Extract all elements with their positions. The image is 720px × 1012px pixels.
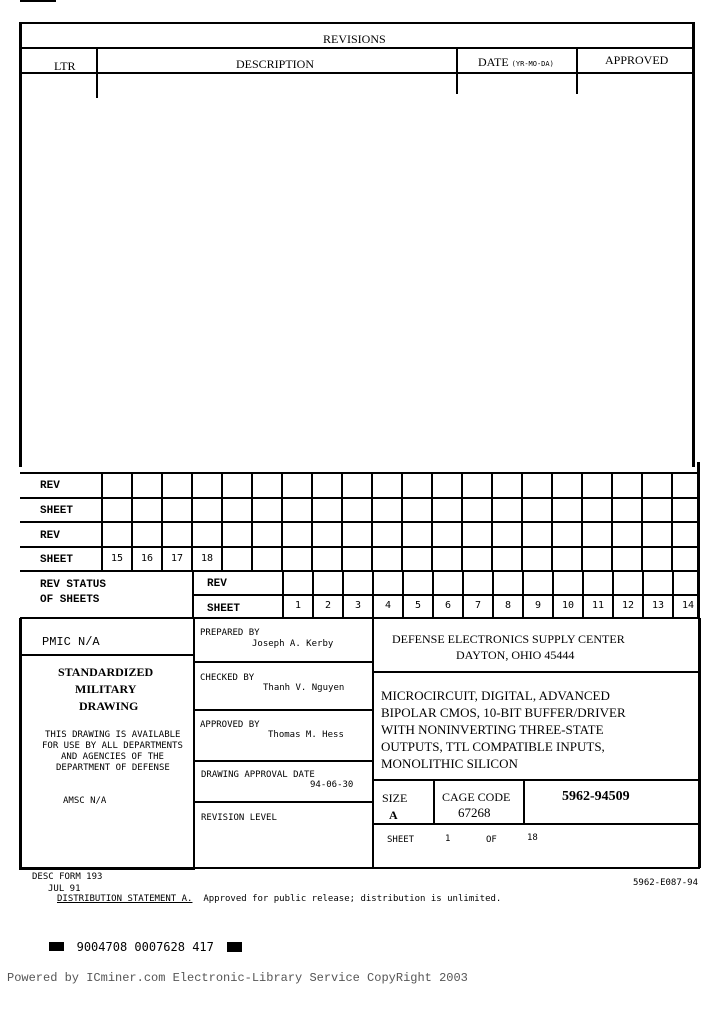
row-label-rev-2: REV [40, 531, 60, 542]
drawing-number: 5962-94509 [562, 790, 630, 804]
availability-line-4: DEPARTMENT OF DEFENSE [56, 764, 170, 773]
approval-date-label: DRAWING APPROVAL DATE [201, 771, 315, 780]
sheet-17: 17 [162, 553, 192, 564]
title-line-5: MONOLITHIC SILICON [381, 757, 518, 770]
prepared-by-label: PREPARED BY [200, 629, 260, 638]
lower-sheet-6: 6 [433, 600, 463, 611]
row-label-sheet-1: SHEET [40, 506, 73, 517]
row-label-rev-1: REV [40, 481, 60, 492]
title-line-2: BIPOLAR CMOS, 10-BIT BUFFER/DRIVER [381, 706, 626, 719]
rev-label: REV [207, 579, 227, 590]
rev-status-label-1: REV STATUS [40, 580, 106, 591]
availability-line-1: THIS DRAWING IS AVAILABLE [45, 731, 180, 740]
col-description-header: DESCRIPTION [236, 58, 314, 70]
lower-sheet-5: 5 [403, 600, 433, 611]
lower-sheet-7: 7 [463, 600, 493, 611]
title-line-4: OUTPUTS, TTL COMPATIBLE INPUTS, [381, 740, 605, 753]
lower-sheet-3: 3 [343, 600, 373, 611]
size-value: A [389, 809, 398, 821]
sheet-15: 15 [102, 553, 132, 564]
smd-line-3: DRAWING [79, 700, 138, 712]
sheet-label: SHEET [207, 604, 240, 615]
doc-code: 5962-E087-94 [633, 879, 698, 888]
checked-by-label: CHECKED BY [200, 674, 254, 683]
col-date-label: DATE [478, 55, 509, 69]
powered-by-link[interactable]: Powered by ICminer.com Electronic-Librar… [7, 972, 468, 984]
col-ltr-header: LTR [54, 60, 76, 72]
sheet-label-footer: SHEET [387, 836, 414, 845]
barcode-block-left-icon [49, 942, 64, 951]
lower-sheet-13: 13 [643, 600, 673, 611]
corner-mark [20, 0, 56, 2]
lower-sheet-8: 8 [493, 600, 523, 611]
approved-by: Thomas M. Hess [268, 731, 344, 740]
sheet-18: 18 [192, 553, 222, 564]
rev-status-label-2: OF SHEETS [40, 595, 99, 606]
sheet-total: 18 [527, 834, 538, 843]
form-number: DESC FORM 193 [32, 873, 102, 882]
barcode-text: 9004708 0007628 417 [77, 940, 214, 954]
amsc: AMSC N/A [63, 797, 106, 806]
barcode-line: 9004708 0007628 417 [49, 938, 242, 950]
distribution-label: DISTRIBUTION STATEMENT A. [57, 894, 192, 904]
agency-line-1: DEFENSE ELECTRONICS SUPPLY CENTER [392, 633, 625, 645]
lower-sheet-10: 10 [553, 600, 583, 611]
col-approved-header: APPROVED [605, 54, 668, 66]
form-date: JUL 91 [48, 885, 81, 894]
approved-by-label: APPROVED BY [200, 721, 260, 730]
sheet-number: 1 [445, 835, 450, 844]
of-label: OF [486, 836, 497, 845]
smd-line-1: STANDARDIZED [58, 666, 153, 678]
lower-sheet-1: 1 [283, 600, 313, 611]
lower-sheet-9: 9 [523, 600, 553, 611]
cage-code-value: 67268 [458, 806, 491, 819]
agency-line-2: DAYTON, OHIO 45444 [456, 649, 574, 661]
prepared-by: Joseph A. Kerby [252, 640, 333, 649]
lower-sheet-2: 2 [313, 600, 343, 611]
title-line-1: MICROCIRCUIT, DIGITAL, ADVANCED [381, 689, 610, 702]
availability-line-3: AND AGENCIES OF THE [61, 753, 164, 762]
sheet-16: 16 [132, 553, 162, 564]
checked-by: Thanh V. Nguyen [263, 684, 344, 693]
barcode-block-right-icon [227, 942, 242, 952]
revision-level-label: REVISION LEVEL [201, 814, 277, 823]
cage-code-label: CAGE CODE [442, 791, 510, 803]
smd-line-2: MILITARY [75, 683, 136, 695]
row-label-sheet-2: SHEET [40, 555, 73, 566]
pmic: PMIC N/A [42, 636, 100, 648]
revisions-table [19, 22, 695, 467]
size-label: SIZE [382, 792, 407, 804]
lower-sheet-12: 12 [613, 600, 643, 611]
availability-line-2: FOR USE BY ALL DEPARTMENTS [42, 742, 183, 751]
lower-sheet-11: 11 [583, 600, 613, 611]
revisions-title: REVISIONS [323, 33, 386, 45]
approval-date: 94-06-30 [310, 781, 353, 790]
lower-sheet-14: 14 [673, 600, 703, 611]
lower-sheet-4: 4 [373, 600, 403, 611]
distribution-text: Approved for public release; distributio… [203, 894, 501, 904]
title-line-3: WITH NONINVERTING THREE-STATE [381, 723, 604, 736]
col-date-header: DATE (YR-MO-DA) [478, 56, 554, 68]
col-date-format: (YR-MO-DA) [512, 60, 554, 68]
distribution-statement: DISTRIBUTION STATEMENT A. Approved for p… [57, 895, 501, 904]
